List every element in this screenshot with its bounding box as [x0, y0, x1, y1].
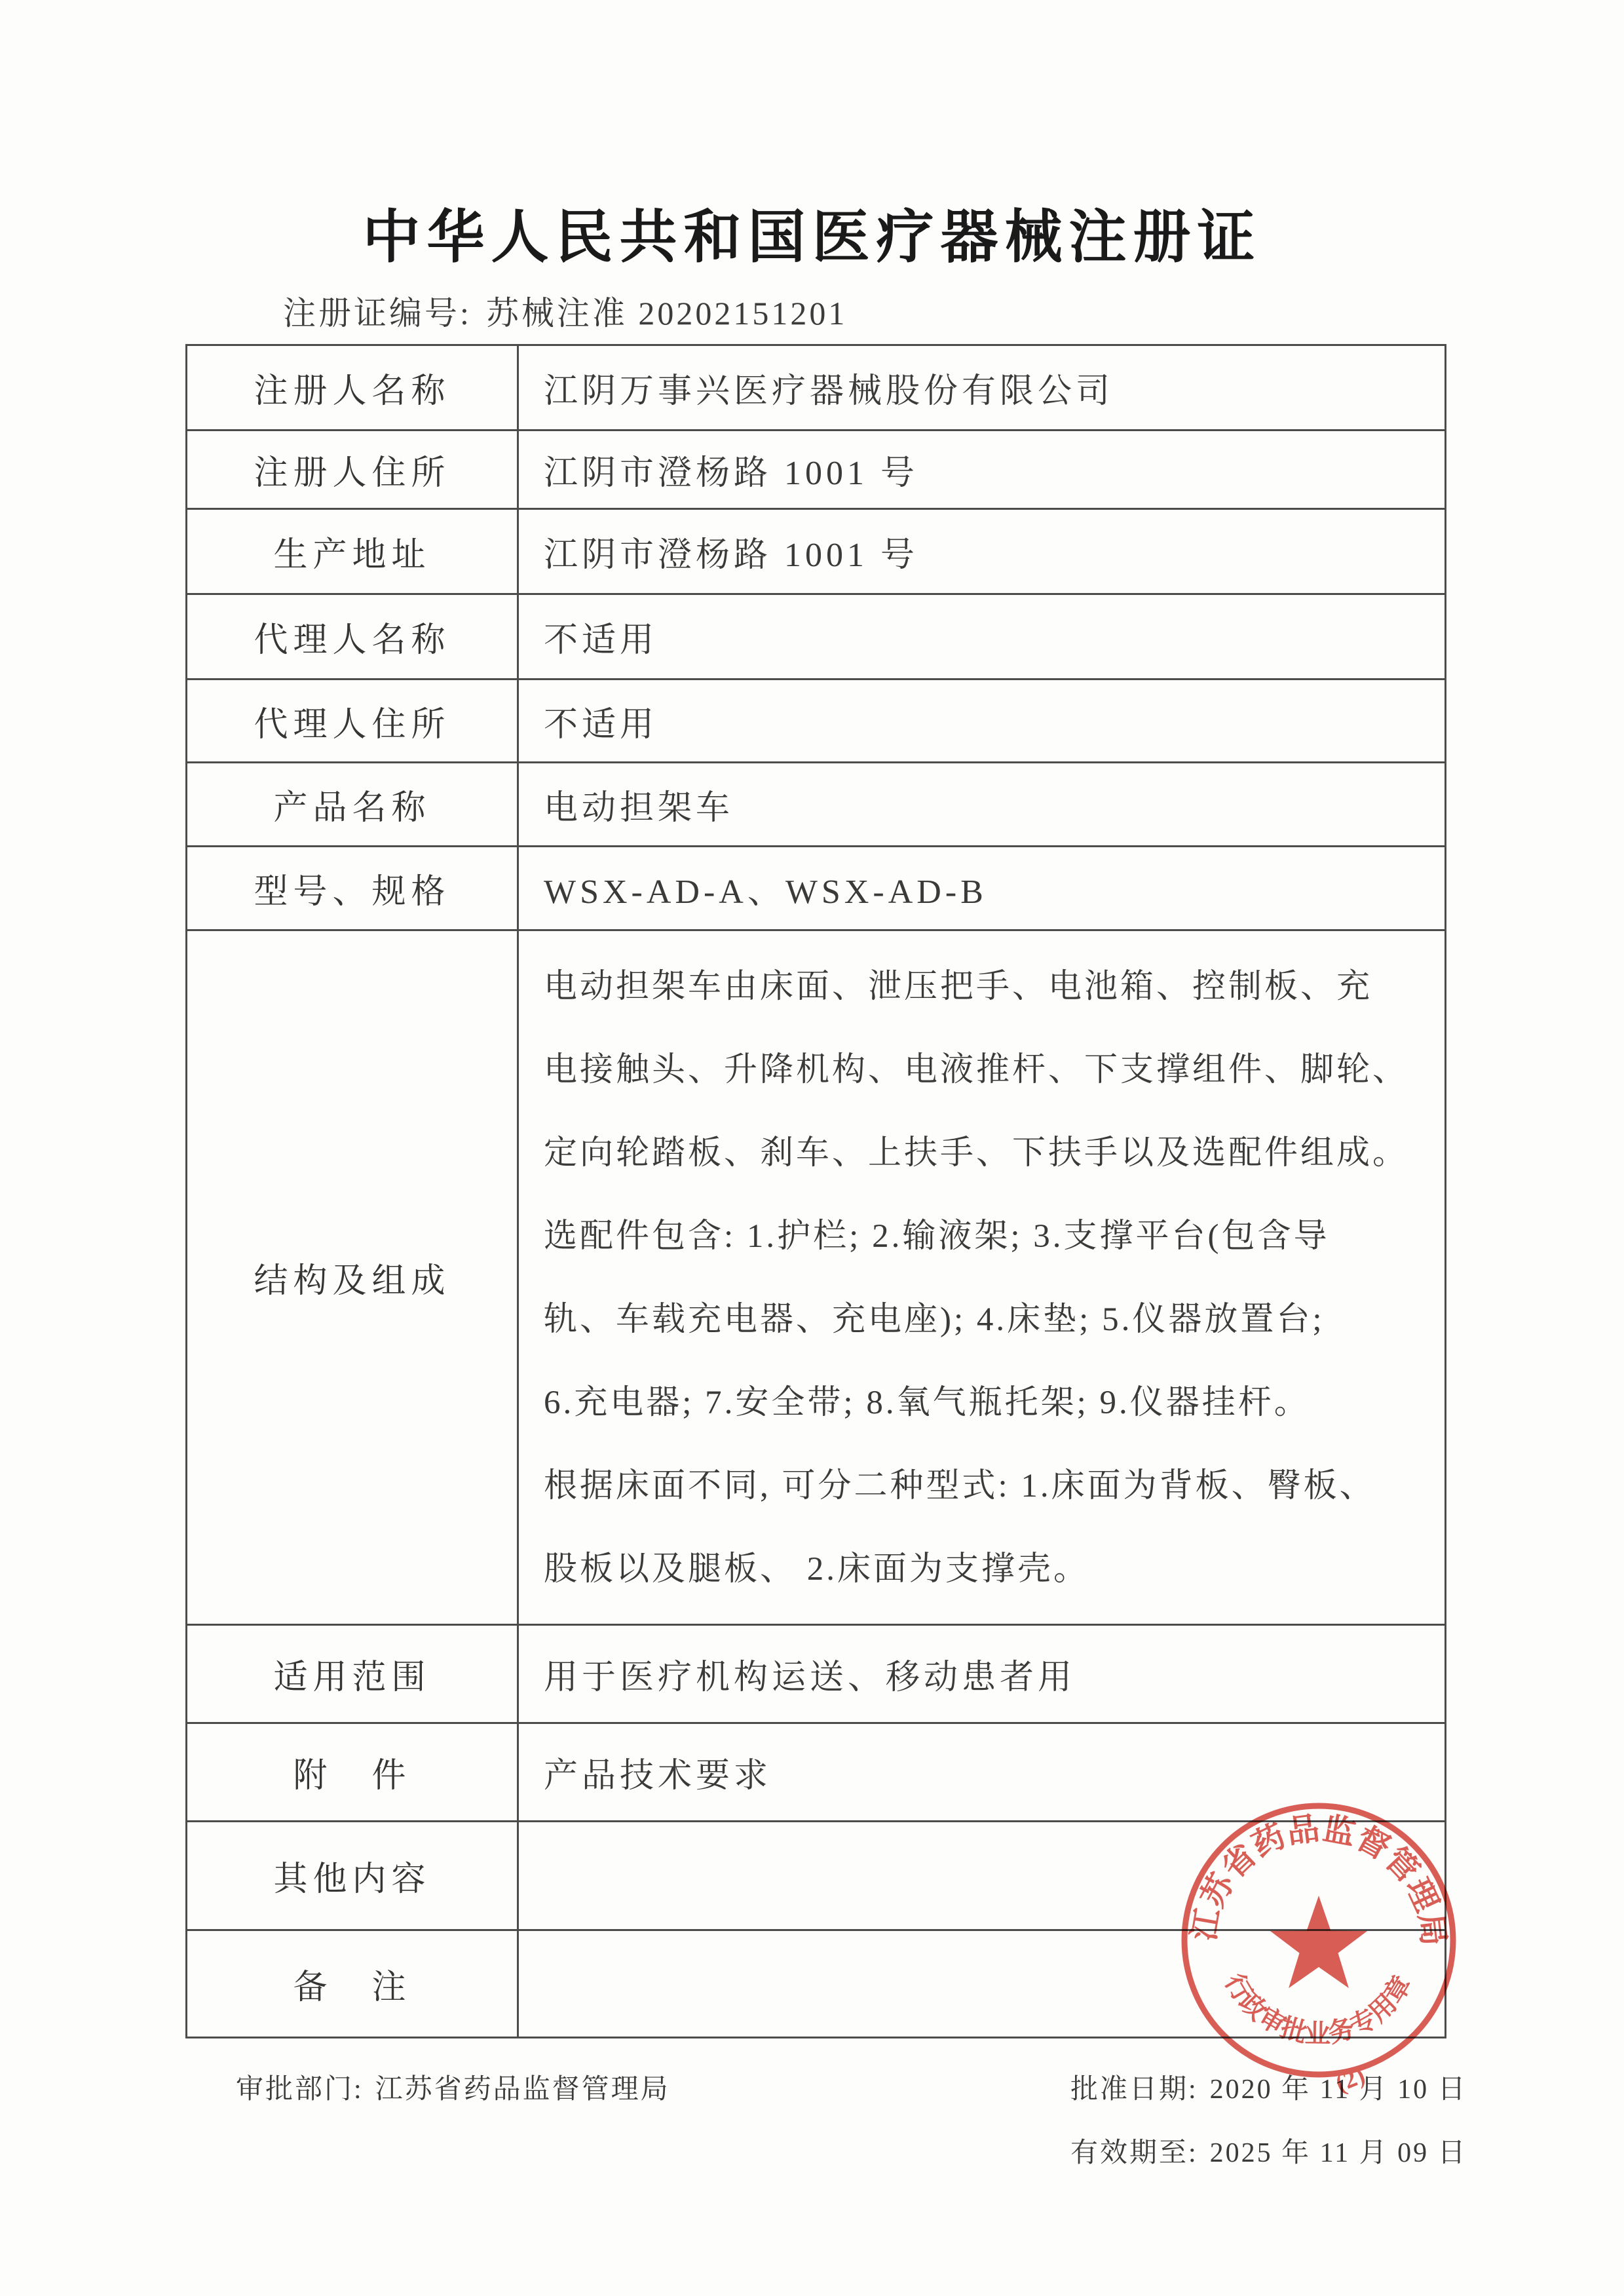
row-label: 备 注	[187, 1931, 517, 2037]
row-label: 注册人名称	[187, 346, 517, 429]
approval-department-line: 审批部门:江苏省药品监督管理局	[236, 2067, 670, 2107]
registration-number-value: 苏械注准 20202151201	[486, 295, 848, 332]
approval-department-value: 江苏省药品监督管理局	[375, 2075, 670, 2105]
table-row-agent-name: 代理人名称 不适用	[187, 595, 1445, 680]
structure-text-line: 电接触头、升降机构、电液推杆、下支撑组件、脚轮、	[544, 1029, 1426, 1112]
row-label: 代理人名称	[187, 595, 517, 678]
row-value: 江阴市澄杨路 1001 号	[517, 431, 1445, 508]
structure-text-line: 6.充电器; 7.安全带; 8.氧气瓶托架; 9.仪器挂杆。	[544, 1362, 1426, 1445]
structure-text-line: 根据床面不同, 可分二种型式: 1.床面为背板、臀板、	[544, 1445, 1426, 1528]
table-row-scope-of-application: 适用范围 用于医疗机构运送、移动患者用	[187, 1626, 1445, 1724]
star-icon	[1270, 1896, 1367, 1988]
registration-number-line: 注册证编号:苏械注准 20202151201	[283, 287, 847, 334]
row-label: 其他内容	[187, 1822, 517, 1929]
structure-text-line: 轨、车载充电器、充电座); 4.床垫; 5.仪器放置台;	[544, 1278, 1426, 1362]
row-label: 代理人住所	[187, 680, 517, 761]
row-value: 不适用	[517, 680, 1445, 761]
row-value: 用于医疗机构运送、移动患者用	[517, 1626, 1445, 1722]
row-value: 江阴市澄杨路 1001 号	[517, 510, 1445, 593]
row-value: 江阴万事兴医疗器械股份有限公司	[517, 346, 1445, 429]
row-value: 电动担架车	[517, 763, 1445, 845]
row-label: 产品名称	[187, 763, 517, 845]
valid-until-value: 2025 年 11 月 09 日	[1210, 2138, 1467, 2168]
row-label: 适用范围	[187, 1626, 517, 1722]
certificate-page: 中华人民共和国医疗器械注册证 注册证编号:苏械注准 20202151201 注册…	[0, 0, 1624, 2296]
table-row-model-spec: 型号、规格 WSX-AD-A、WSX-AD-B	[187, 847, 1445, 931]
table-row-structure-composition: 结构及组成 电动担架车由床面、泄压把手、电池箱、控制板、充 电接触头、升降机构、…	[187, 931, 1445, 1626]
valid-until-label: 有效期至:	[1070, 2138, 1198, 2168]
table-row-registrant-address: 注册人住所 江阴市澄杨路 1001 号	[187, 431, 1445, 510]
table-row-product-name: 产品名称 电动担架车	[187, 763, 1445, 847]
structure-text-line: 选配件包含: 1.护栏; 2.输液架; 3.支撑平台(包含导	[544, 1195, 1426, 1278]
row-label: 结构及组成	[187, 931, 517, 1624]
row-value: 电动担架车由床面、泄压把手、电池箱、控制板、充 电接触头、升降机构、电液推杆、下…	[517, 931, 1445, 1624]
svg-text:行政审批业务专用章: 行政审批业务专用章	[1219, 1969, 1417, 2049]
registration-number-label: 注册证编号:	[283, 295, 472, 332]
structure-text-line: 定向轮踏板、刹车、上扶手、下扶手以及选配件组成。	[544, 1112, 1426, 1195]
approval-department-label: 审批部门:	[236, 2075, 364, 2105]
valid-until-line: 有效期至:2025 年 11 月 09 日	[1070, 2131, 1467, 2170]
table-row-registrant-name: 注册人名称 江阴万事兴医疗器械股份有限公司	[187, 346, 1445, 431]
row-value: 不适用	[517, 595, 1445, 678]
row-label: 生产地址	[187, 510, 517, 593]
table-row-agent-address: 代理人住所 不适用	[187, 680, 1445, 763]
page-title: 中华人民共和国医疗器械注册证	[0, 191, 1624, 274]
row-label: 注册人住所	[187, 431, 517, 508]
structure-text-line: 电动担架车由床面、泄压把手、电池箱、控制板、充	[544, 946, 1426, 1029]
row-value: WSX-AD-A、WSX-AD-B	[517, 847, 1445, 929]
table-row-production-address: 生产地址 江阴市澄杨路 1001 号	[187, 510, 1445, 595]
official-stamp: 江苏省药品监督管理局 行政审批业务专用章 (2)	[1175, 1796, 1463, 2111]
row-label: 型号、规格	[187, 847, 517, 929]
certificate-table: 注册人名称 江阴万事兴医疗器械股份有限公司 注册人住所 江阴市澄杨路 1001 …	[185, 344, 1446, 2038]
row-label: 附 件	[187, 1724, 517, 1820]
structure-text-line: 股板以及腿板、 2.床面为支撑壳。	[544, 1528, 1426, 1611]
stamp-bottom-text: 行政审批业务专用章	[1219, 1969, 1417, 2049]
